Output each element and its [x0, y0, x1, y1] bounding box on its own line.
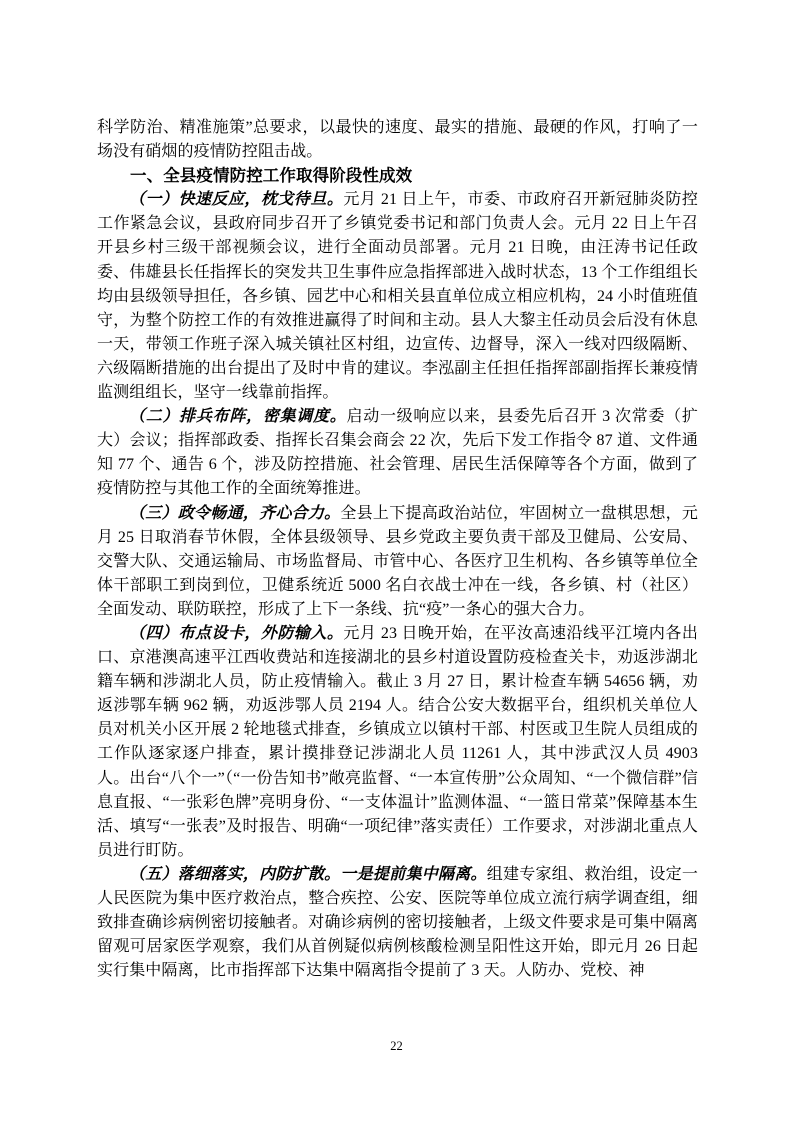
- paragraph-text: 科学防治、精准施策”总要求，以最快的速度、最实的措施、最硬的作风，打响了一场没有…: [97, 119, 698, 160]
- paragraph-lead: （二）排兵布阵，密集调度。: [129, 408, 346, 425]
- paragraph-lead: （五）落细落实，内防扩散。一是提前集中隔离。: [129, 866, 487, 883]
- paragraph-1: （一）快速反应，枕戈待旦。元月 21 日上午，市委、市政府召开新冠肺炎防控工作紧…: [97, 188, 698, 405]
- paragraph-lead: （一）快速反应，枕戈待旦。: [129, 191, 343, 208]
- paragraph-continuation: 科学防治、精准施策”总要求，以最快的速度、最实的措施、最硬的作风，打响了一场没有…: [97, 116, 698, 164]
- paragraph-5: （五）落细落实，内防扩散。一是提前集中隔离。组建专家组、救治组，设定一人民医院为…: [97, 863, 698, 983]
- paragraph-4: （四）布点设卡，外防输入。元月 23 日晚开始，在平汝高速沿线平江境内各出口、京…: [97, 622, 698, 863]
- paragraph-lead: （三）政令畅通，齐心合力。: [129, 505, 340, 522]
- paragraph-lead: （四）布点设卡，外防输入。: [129, 625, 343, 642]
- paragraph-3: （三）政令畅通，齐心合力。全县上下提高政治站位，牢固树立一盘棋思想，元月 25 …: [97, 502, 698, 622]
- page-number: 22: [0, 1039, 793, 1054]
- document-page: 科学防治、精准施策”总要求，以最快的速度、最实的措施、最硬的作风，打响了一场没有…: [0, 0, 793, 1122]
- section-heading: 一、全县疫情防控工作取得阶段性成效: [97, 164, 698, 188]
- document-body: 科学防治、精准施策”总要求，以最快的速度、最实的措施、最硬的作风，打响了一场没有…: [97, 116, 698, 983]
- paragraph-text: 元月 23 日晚开始，在平汝高速沿线平江境内各出口、京港澳高速平江西收费站和连接…: [97, 625, 698, 859]
- paragraph-2: （二）排兵布阵，密集调度。启动一级响应以来，县委先后召开 3 次常委（扩大）会议…: [97, 405, 698, 501]
- paragraph-text: 元月 21 日上午，市委、市政府召开新冠肺炎防控工作紧急会议，县政府同步召开了乡…: [97, 191, 698, 401]
